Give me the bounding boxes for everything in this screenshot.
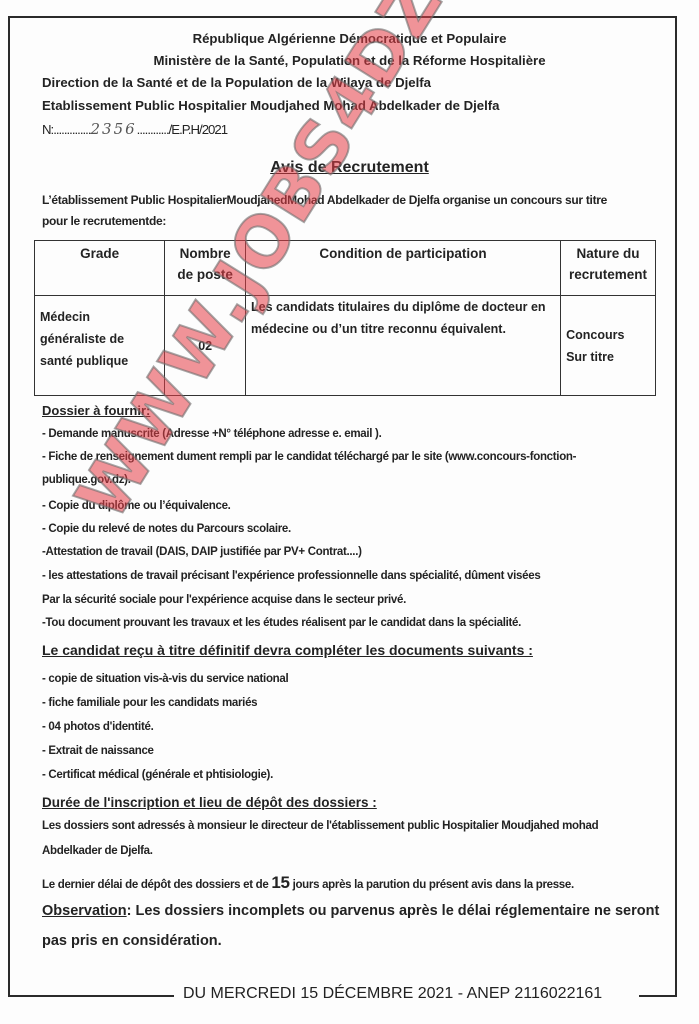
duree-line-1: Les dossiers sont adressés à monsieur le… <box>42 820 598 832</box>
nature-line1: Concours <box>566 328 624 342</box>
reference-suffix: ............/E.P.H/2021 <box>137 122 227 137</box>
header-nature-line1: Nature du <box>577 246 640 261</box>
frame-bottom-rule-left <box>8 995 174 997</box>
header-nombre: Nombrede poste <box>165 241 246 296</box>
header-condition: Condition de participation <box>246 241 561 296</box>
table-row: Médecin généraliste de santé publique 02… <box>35 296 656 396</box>
cell-condition: Les candidats titulaires du diplôme de d… <box>246 296 561 396</box>
grade-line3: santé publique <box>40 354 128 368</box>
intro-line-2: pour le recrutementde: <box>42 214 166 228</box>
header-etablissement: Etablissement Public Hospitalier Moudjah… <box>42 98 500 113</box>
dossier-item: Par la sécurité sociale pour l'expérienc… <box>42 594 406 606</box>
duree-line-2: Abdelkader de Djelfa. <box>42 845 153 857</box>
reference-handwritten: 2356 <box>90 120 136 138</box>
header-condition-label: Condition de participation <box>319 246 486 261</box>
header-republic: République Algérienne Démocratique et Po… <box>0 31 699 46</box>
delai-line: Le dernier délai de dépôt des dossiers e… <box>42 873 574 893</box>
cell-grade: Médecin généraliste de santé publique <box>35 296 165 396</box>
header-grade: Grade <box>35 241 165 296</box>
recruitment-table: Grade Nombrede poste Condition de partic… <box>34 240 656 396</box>
reference-prefix: N:.............. <box>42 122 90 137</box>
header-ministry: Ministère de la Santé, Population et de … <box>0 53 699 68</box>
delai-days: 15 <box>271 873 289 892</box>
page-title: Avis de Recrutement <box>0 159 699 177</box>
dossier-item: - Copie du relevé de notes du Parcours s… <box>42 523 291 535</box>
observation-label: Observation <box>42 903 127 919</box>
condition-line1: Les candidats titulaires du diplôme de d… <box>251 300 546 314</box>
observation-text: : Les dossiers incomplets ou parvenus ap… <box>127 903 660 919</box>
header-nombre-line1: Nombre <box>180 246 231 261</box>
footer-publication-info: DU MERCREDI 15 DÉCEMBRE 2021 - ANEP 2116… <box>183 985 633 1003</box>
table-header-row: Grade Nombrede poste Condition de partic… <box>35 241 656 296</box>
complement-item: - Extrait de naissance <box>42 745 154 757</box>
observation-line-1: Observation: Les dossiers incomplets ou … <box>42 903 659 919</box>
intro-line-1: L’établissement Public HospitalierMoudja… <box>42 193 607 207</box>
dossier-item: - Fiche de renseignement dument rempli p… <box>42 451 576 463</box>
grade-line1: Médecin <box>40 310 90 324</box>
dossier-item: -Tou document prouvant les travaux et le… <box>42 617 521 629</box>
duree-heading: Durée de l'inscription et lieu de dépôt … <box>42 795 377 810</box>
delai-before: Le dernier délai de dépôt des dossiers e… <box>42 879 271 891</box>
header-direction: Direction de la Santé et de la Populatio… <box>42 75 431 90</box>
reference-number: N:..............2356............/E.P.H/2… <box>42 120 227 138</box>
header-nature-line2: recrutement <box>569 267 647 282</box>
grade-line2: généraliste de <box>40 332 124 346</box>
nature-line2: Sur titre <box>566 350 614 364</box>
observation-line-2: pas pris en considération. <box>42 933 222 949</box>
complement-heading: Le candidat reçu à titre définitif devra… <box>42 642 533 658</box>
dossier-item: -Attestation de travail (DAIS, DAIP just… <box>42 546 362 558</box>
complement-item: - 04 photos d'identité. <box>42 721 153 733</box>
complement-item: - copie de situation vis-à-vis du servic… <box>42 673 288 685</box>
header-grade-label: Grade <box>80 246 119 261</box>
header-nature: Nature durecrutement <box>561 241 656 296</box>
frame-bottom-rule-right <box>639 995 677 997</box>
header-nombre-line2: de poste <box>177 267 233 282</box>
cell-nombre: 02 <box>165 296 246 396</box>
dossier-item: - Demande manuscrite (Adresse +N° téléph… <box>42 428 381 440</box>
dossier-item: - Copie du diplôme ou l’équivalence. <box>42 500 231 512</box>
delai-after: jours après la parution du présent avis … <box>290 879 574 891</box>
dossier-heading: Dossier à fournir: <box>42 403 150 418</box>
condition-line2: médecine ou d’un titre reconnu équivalen… <box>251 322 506 336</box>
dossier-item: - les attestations de travail précisant … <box>42 570 540 582</box>
complement-item: - Certificat médical (générale et phtisi… <box>42 769 273 781</box>
dossier-item: publique.gov.dz). <box>42 474 131 486</box>
complement-item: - fiche familiale pour les candidats mar… <box>42 697 257 709</box>
nombre-value: 02 <box>198 339 212 353</box>
cell-nature: Concours Sur titre <box>561 296 656 396</box>
